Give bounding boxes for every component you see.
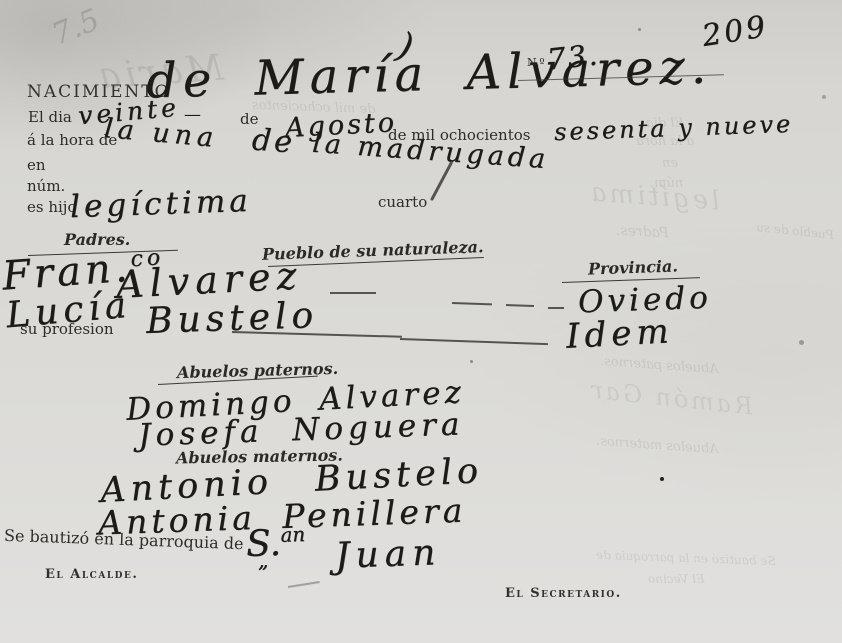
paper-speck <box>638 28 641 31</box>
profession-label: su profesion <box>20 320 114 338</box>
ghost-text: Padres. <box>616 223 669 242</box>
alcalde-signature-label: El Alcalde. <box>45 567 138 582</box>
written-year: sesenta y nueve <box>554 110 794 146</box>
record-number-value: 73. <box>545 37 600 76</box>
fill-dash <box>330 292 376 294</box>
fill-dash <box>506 304 534 307</box>
fill-dash <box>548 307 564 309</box>
parish-abbr: S.an <box>245 522 306 565</box>
ghost-script: Ramón Gar <box>587 375 754 420</box>
ghost-text: Abuelos maternos. <box>596 434 720 458</box>
record-number-label: N.º <box>527 56 545 69</box>
pencil-dash <box>288 581 320 588</box>
parish-abbr-superscript: an <box>280 523 305 547</box>
mother-last-name: Bustelo <box>145 295 318 342</box>
ghost-text: Abuelos paternos. <box>600 354 720 377</box>
label-num: núm. <box>27 177 65 195</box>
label-el-dia: El dia <box>28 108 72 126</box>
ghost-text: Pueblo de su <box>755 220 834 242</box>
paper-speck <box>470 360 473 363</box>
paper-speck <box>822 95 826 99</box>
written-hour-2: de <box>251 123 296 161</box>
parish-abbr-mark: „ <box>258 548 268 572</box>
label-cuarto: cuarto <box>378 193 427 211</box>
registered-name-script: de María Alvarez. <box>145 39 712 110</box>
secretario-signature-label: El Secretario. <box>505 586 622 601</box>
written-legitimacy: legíctima <box>69 183 252 225</box>
fill-dash <box>452 302 492 305</box>
mother-provincia: Idem <box>565 311 675 357</box>
ink-speck <box>660 477 664 481</box>
parish-name: Juan <box>334 532 442 577</box>
ghost-text: Se bautizó en la parroquia de <box>596 548 776 568</box>
birth-record-scan: 7.5 Maria de mil ochocientos El dia á la… <box>0 0 842 643</box>
written-hour-1: la una <box>103 113 219 154</box>
ghost-text: en <box>662 156 678 171</box>
paper-speck <box>799 340 804 345</box>
ghost-text: El Vecino <box>648 572 705 586</box>
provincia-header: Provincia. <box>588 256 679 278</box>
ghost-script: legítima <box>587 177 720 216</box>
label-en: en <box>27 156 46 174</box>
ghost-corner-number: 7.5 <box>47 2 104 52</box>
fill-line <box>400 338 548 345</box>
